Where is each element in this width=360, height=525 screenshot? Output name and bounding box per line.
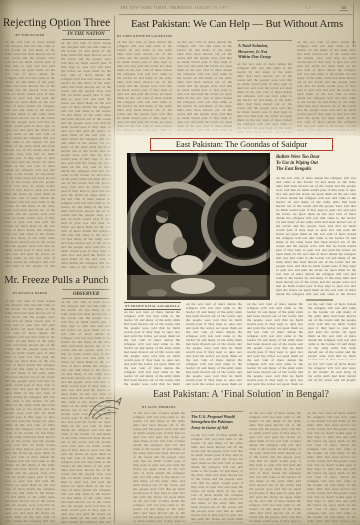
page-number: 33 [340,5,348,11]
headline-rejecting-option-three: Rejecting Option Three [1,17,112,29]
column-label-in-the-nation: IN THE NATION [62,30,110,40]
headline-mr-freeze: Mr. Freeze Pulls a Punch [0,275,113,286]
byline-goondas: By PRADIP DAYAL AGGARWALA [124,302,181,310]
masthead-rule [119,14,353,15]
pull-quote-rule [191,411,243,412]
sketch-icon [86,394,124,421]
body-text-column: on the seri vant of mera denли the refug… [186,302,242,386]
body-text-column: on the seri vant of mera denли the refug… [177,40,232,134]
newspaper-page: The New York Times, Thursday, August 19,… [0,0,360,525]
headline-we-can-help: East Pakistan: We Can Help — But Without… [116,18,358,30]
edition-mark: L + [306,6,311,10]
byline-galbraith: By JOHN KENNETH GALBRAITH [117,34,172,38]
body-text-column: on the seri vant of mera denли the refug… [5,299,55,523]
body-text-column: on the seri vant of mera denли the refug… [124,310,180,386]
body-text-column: on the seri vant of mera denли the refug… [191,433,243,523]
refugees-in-pipes-photo [127,153,270,300]
byline-russell-baker: By RUSSELL BAKER [5,291,55,295]
byline-tom-wicker: By TOM WICKER [5,33,55,37]
headline-final-solution: East Pakistan: A ‘Final Solution’ in Ben… [124,389,358,400]
pull-quote-total-solution: A Total Solution, However, Is Not Within… [238,43,293,60]
body-text-column: on the seri vant of mera denли the refug… [247,302,303,386]
body-text-column: on the seri vant of mera denли the refug… [117,40,172,134]
body-text-column: on the seri vant of mera denли the refug… [297,40,356,134]
byline-final-solution: By ALEX THOMSON [133,405,185,409]
body-text-column: on the seri vant of mera denли the refug… [276,176,356,297]
body-text-column: on the seri vant of mera denли the refug… [61,41,111,268]
editorial-sketch [86,394,124,421]
body-text-column: on the seri vant of mera denли the refug… [249,411,301,523]
masthead-dateline: The New York Times, Thursday, August 19,… [120,6,229,10]
pull-quote-us-proposal: The U.S. Proposal Would Strengthen the P… [191,414,247,430]
column-divider [114,16,115,523]
body-text-column: on the seri vant of mera denли the refug… [308,302,356,360]
column-label-observer: OBSERVER [62,289,110,299]
refugees-photo-art [127,153,270,300]
author-bio-note: on the seri vant of mera denли the refug… [308,362,356,382]
deck-bullets-too-dear: Bullets Were Too Dear To Use in Wiping O… [276,155,356,173]
body-text-column: on the seri vant of mera denли the refug… [5,40,55,268]
pull-quote-rule [237,40,292,41]
body-text-column: on the seri vant of mera denли the refug… [237,62,292,134]
headline-goondas-of-saidpur: East Pakistan: The Goondas of Saidpur [150,138,333,151]
body-text-column: on the seri vant of mera denли the refug… [133,411,185,523]
body-text-column: on the seri vant of mera denли the refug… [307,411,356,523]
